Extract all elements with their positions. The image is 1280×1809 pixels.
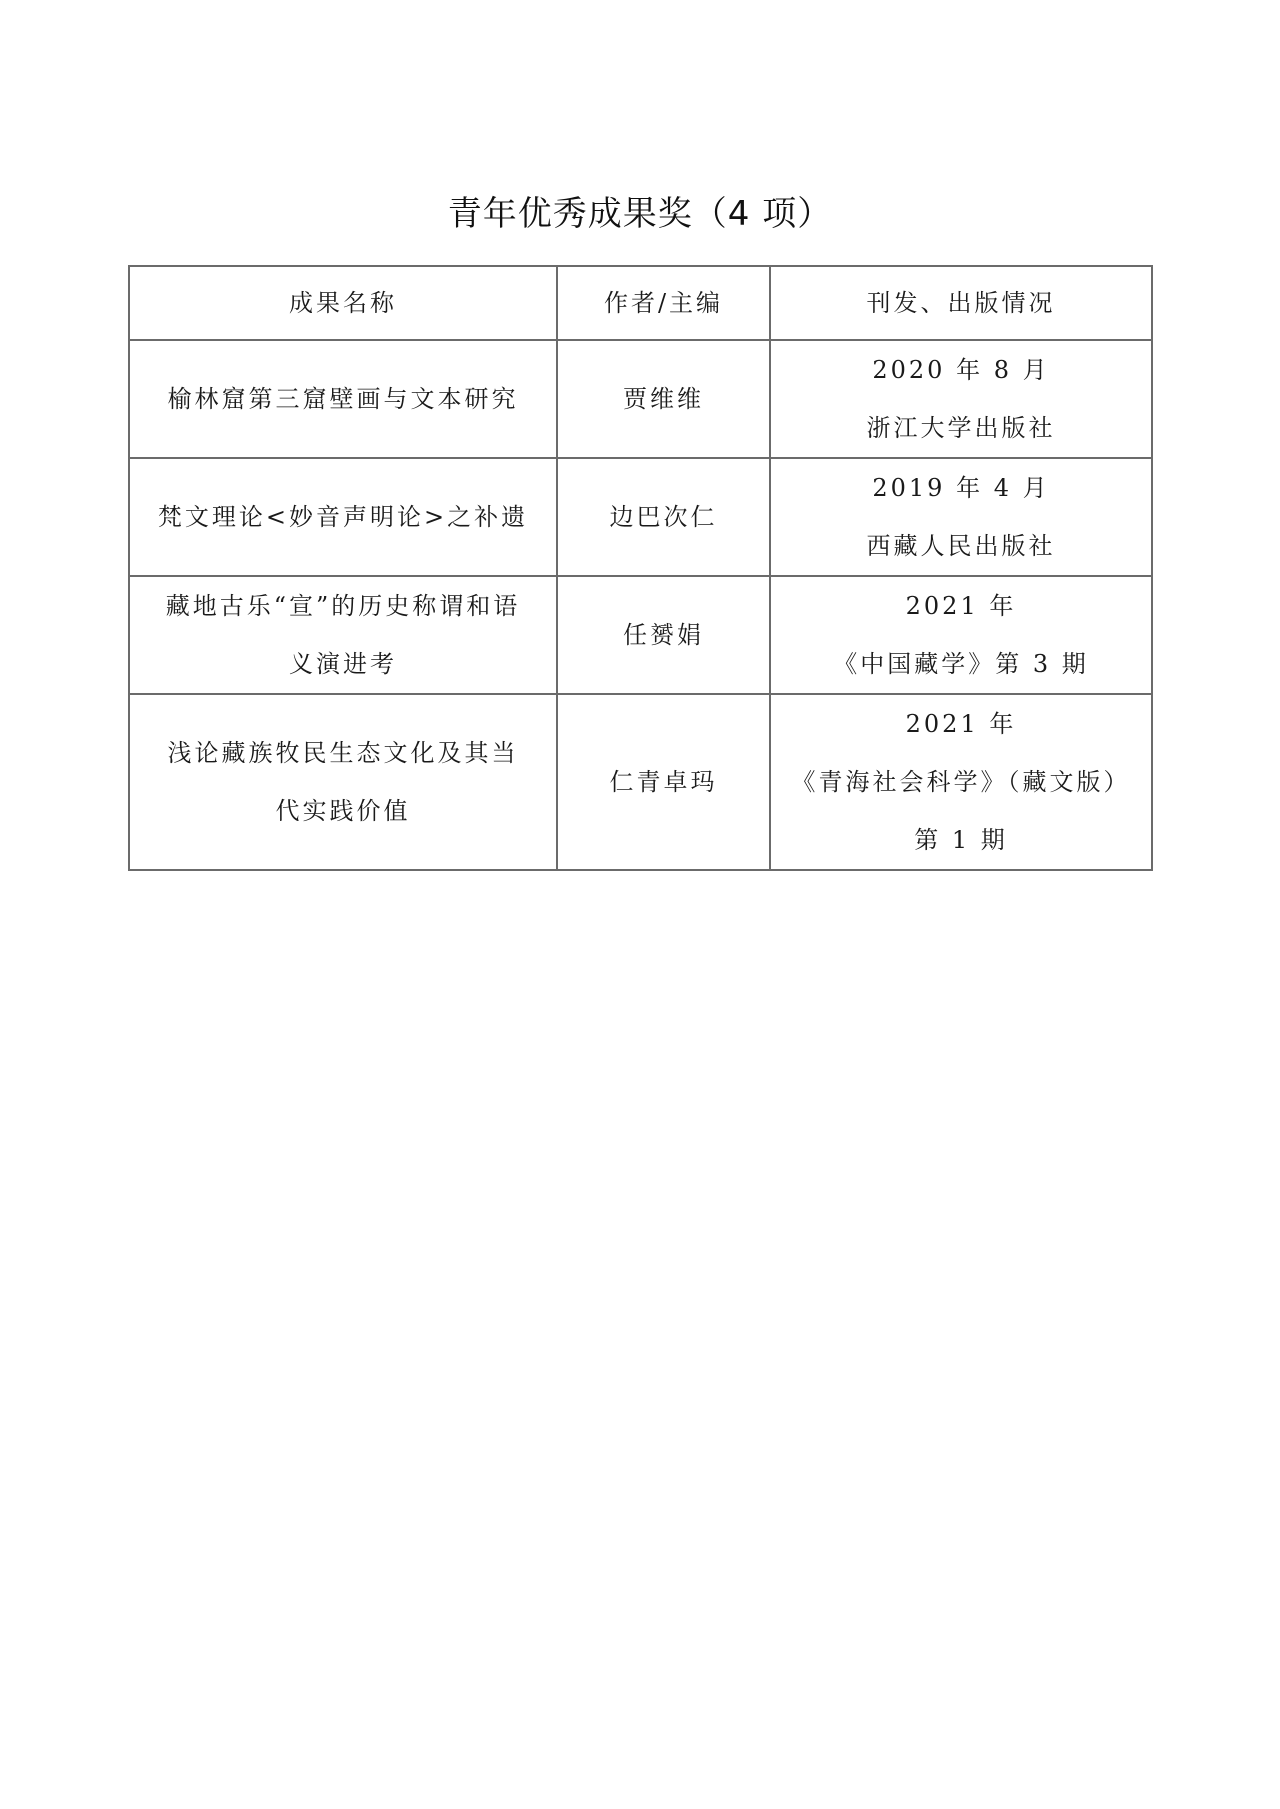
- cell-author: 任赟娟: [557, 576, 770, 694]
- table-row: 榆林窟第三窟壁画与文本研究 贾维维 2020 年 8 月浙江大学出版社: [129, 340, 1152, 458]
- header-publication: 刊发、出版情况: [770, 266, 1152, 340]
- table-row: 梵文理论<妙音声明论>之补遗 边巴次仁 2019 年 4 月西藏人民出版社: [129, 458, 1152, 576]
- cell-title: 梵文理论<妙音声明论>之补遗: [129, 458, 557, 576]
- cell-publication: 2021 年《中国藏学》第 3 期: [770, 576, 1152, 694]
- cell-author: 贾维维: [557, 340, 770, 458]
- table-header-row: 成果名称 作者/主编 刊发、出版情况: [129, 266, 1152, 340]
- cell-title: 榆林窟第三窟壁画与文本研究: [129, 340, 557, 458]
- page-title: 青年优秀成果奖（4 项）: [0, 186, 1280, 235]
- cell-publication: 2019 年 4 月西藏人民出版社: [770, 458, 1152, 576]
- table-row: 藏地古乐“宣”的历史称谓和语义演进考 任赟娟 2021 年《中国藏学》第 3 期: [129, 576, 1152, 694]
- header-author: 作者/主编: [557, 266, 770, 340]
- cell-title: 藏地古乐“宣”的历史称谓和语义演进考: [129, 576, 557, 694]
- cell-publication: 2021 年《青海社会科学》（藏文版）第 1 期: [770, 694, 1152, 870]
- cell-publication: 2020 年 8 月浙江大学出版社: [770, 340, 1152, 458]
- cell-author: 边巴次仁: [557, 458, 770, 576]
- cell-author: 仁青卓玛: [557, 694, 770, 870]
- awards-table: 成果名称 作者/主编 刊发、出版情况 榆林窟第三窟壁画与文本研究 贾维维 202…: [128, 265, 1153, 871]
- cell-title: 浅论藏族牧民生态文化及其当代实践价值: [129, 694, 557, 870]
- table-row: 浅论藏族牧民生态文化及其当代实践价值 仁青卓玛 2021 年《青海社会科学》（藏…: [129, 694, 1152, 870]
- header-title: 成果名称: [129, 266, 557, 340]
